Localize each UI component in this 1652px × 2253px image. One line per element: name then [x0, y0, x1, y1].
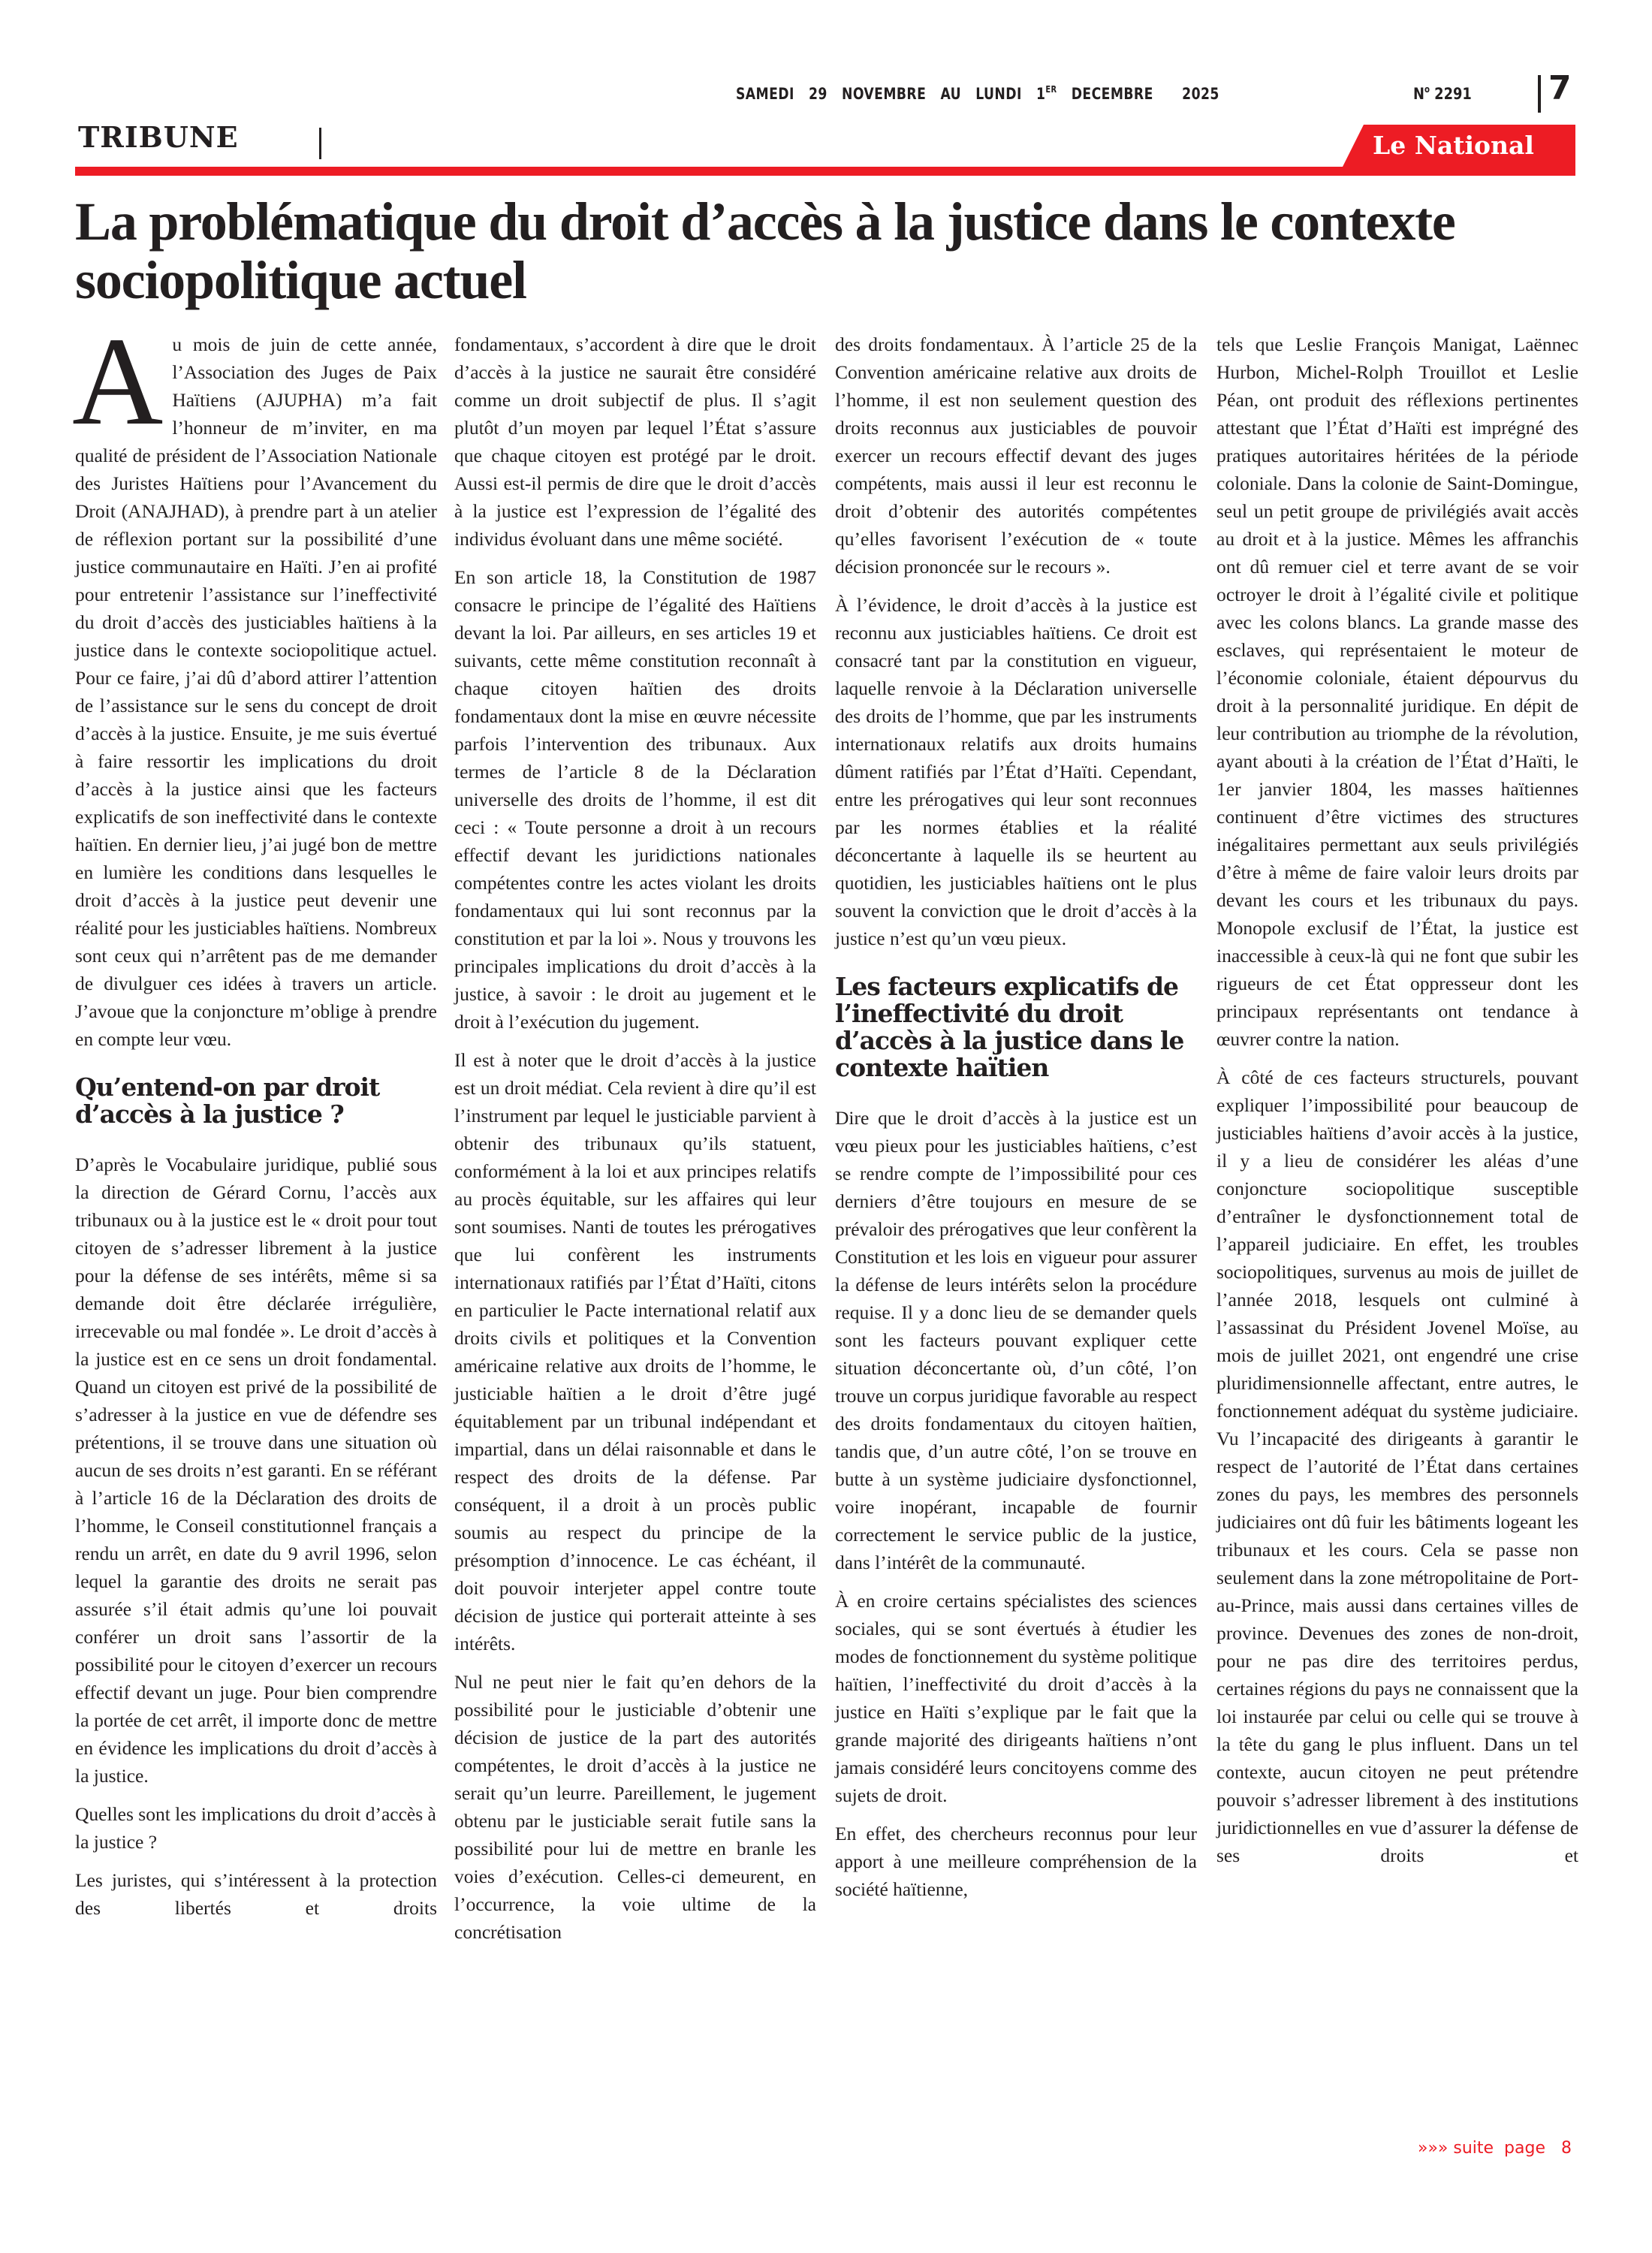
issue-ordinal: o [1424, 84, 1430, 95]
paragraph: En son article 18, la Constitution de 19… [454, 563, 816, 1036]
continuation-link[interactable]: »»» suite page 8 [1418, 2139, 1572, 2158]
brand-logo: Le National [1373, 131, 1534, 160]
paragraph: Quelles sont les implications du droit d… [75, 1800, 437, 1856]
issue-prefix: N [1413, 85, 1424, 103]
article-column-3: des droits fondamentaux. À l’article 25 … [835, 330, 1197, 1914]
paragraph: Dire que le droit d’accès à la justice e… [835, 1104, 1197, 1576]
paragraph: Les juristes, qui s’intéressent à la pro… [75, 1866, 437, 1922]
continuation-label: »»» suite page [1418, 2139, 1545, 2158]
date-ordinal: ER [1045, 84, 1057, 95]
paragraph: D’après le Vocabulaire juridique, publié… [75, 1151, 437, 1790]
paragraph: Nul ne peut nier le fait qu’en dehors de… [454, 1668, 816, 1946]
section-divider [319, 128, 321, 159]
paragraph: des droits fondamentaux. À l’article 25 … [835, 330, 1197, 581]
paragraph: tels que Leslie François Manigat, Laënne… [1216, 330, 1578, 1053]
article-title: La problématique du droit d’accès à la j… [75, 192, 1584, 309]
article-column-1: Au mois de juin de cette année, l’Associ… [75, 330, 437, 1932]
paragraph: Au mois de juin de cette année, l’Associ… [75, 330, 437, 1053]
page-number: 7 [1548, 69, 1572, 107]
paragraph: À côté de ces facteurs structurels, pouv… [1216, 1063, 1578, 1869]
issue-date: SAMEDI 29 NOVEMBRE AU LUNDI 1ER DECEMBRE… [736, 84, 1219, 103]
subheading: Les facteurs explicatifs de l’ineffectiv… [835, 973, 1197, 1081]
page-divider [1538, 75, 1541, 113]
paragraph: Il est à noter que le droit d’accès à la… [454, 1046, 816, 1657]
subheading: Qu’entend-on par droit d’accès à la just… [75, 1074, 437, 1128]
paragraph: fondamentaux, s’accordent à dire que le … [454, 330, 816, 553]
drop-cap: A [72, 333, 163, 430]
issue-number: No 2291 [1413, 84, 1472, 103]
paragraph: À l’évidence, le droit d’accès à la just… [835, 591, 1197, 952]
issue-value: 2291 [1430, 85, 1472, 103]
article-column-4: tels que Leslie François Manigat, Laënne… [1216, 330, 1578, 1880]
section-label: TRIBUNE [78, 120, 239, 154]
article-column-2: fondamentaux, s’accordent à dire que le … [454, 330, 816, 1956]
date-text-end: DECEMBRE 2025 [1057, 85, 1219, 103]
paragraph-text: u mois de juin de cette année, l’Associa… [75, 333, 437, 1050]
paragraph: En effet, des chercheurs reconnus pour l… [835, 1820, 1197, 1903]
continuation-page: 8 [1561, 2139, 1572, 2158]
date-text: SAMEDI 29 NOVEMBRE AU LUNDI 1 [736, 85, 1045, 103]
paragraph: À en croire certains spécialistes des sc… [835, 1587, 1197, 1809]
